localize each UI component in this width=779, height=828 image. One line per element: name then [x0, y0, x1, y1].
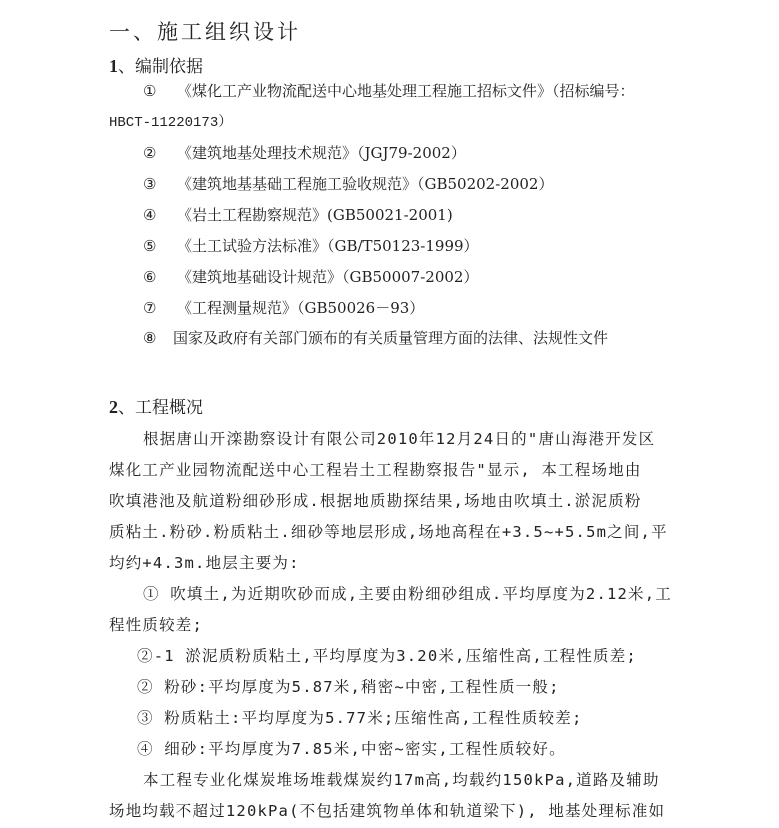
paragraph-line: 根据唐山开滦勘察设计有限公司2010年12月24日的"唐山海港开发区 [143, 427, 655, 449]
section-title: 、编制依据 [118, 57, 203, 77]
reference-item-8: ⑧国家及政府有关部门颁布的有关质量管理方面的法律、法规性文件 [143, 327, 608, 348]
item-marker: ⑥ [143, 268, 177, 286]
reference-text: 《建筑地基础设计规范》（GB50007-2002） [177, 268, 478, 286]
item-marker: ⑤ [143, 237, 177, 255]
section-number: 2 [109, 397, 118, 417]
stratum-item-continued: 程性质较差; [109, 613, 203, 635]
reference-text: 《土工试验方法标准》（GB/T50123-1999） [177, 237, 479, 255]
reference-text: 《工程测量规范》（GB50026－93） [177, 299, 424, 317]
section-heading-basis: 1、编制依据 [109, 52, 203, 77]
reference-item-3: ③《建筑地基基础工程施工验收规范》（GB50202-2002） [143, 173, 553, 194]
reference-text: 《岩土工程勘察规范》(GB50021-2001) [177, 206, 453, 224]
item-marker: ④ [143, 206, 177, 224]
paragraph-line: 场地均载不超过120kPa(不包括建筑物单体和轨道梁下), 地基处理标准如 [109, 799, 665, 821]
reference-item-7: ⑦《工程测量规范》（GB50026－93） [143, 297, 424, 318]
chapter-title: 一、施工组织设计 [109, 16, 301, 46]
reference-item-6: ⑥《建筑地基础设计规范》（GB50007-2002） [143, 266, 478, 287]
reference-item-1: ①《煤化工产业物流配送中心地基处理工程施工招标文件》（招标编号： [143, 80, 635, 101]
stratum-item: ③ 粉质粘土:平均厚度为5.77米;压缩性高,工程性质较差; [137, 706, 583, 728]
reference-text: 国家及政府有关部门颁布的有关质量管理方面的法律、法规性文件 [173, 329, 608, 347]
reference-item-2: ②《建筑地基处理技术规范》（JGJ79-2002） [143, 142, 466, 163]
reference-item-5: ⑤《土工试验方法标准》（GB/T50123-1999） [143, 235, 479, 256]
reference-item-4: ④《岩土工程勘察规范》(GB50021-2001) [143, 204, 453, 225]
document-page: 一、施工组织设计 1、编制依据 ①《煤化工产业物流配送中心地基处理工程施工招标文… [0, 0, 779, 828]
reference-text: 《煤化工产业物流配送中心地基处理工程施工招标文件》（招标编号： [177, 82, 635, 100]
paragraph-line: 质粘土.粉砂.粉质粘土.细砂等地层形成,场地高程在+3.5~+5.5m之间,平 [109, 520, 668, 542]
stratum-item: ②-1 淤泥质粉质粘土,平均厚度为3.20米,压缩性高,工程性质差; [137, 644, 637, 666]
stratum-item: ④ 细砂:平均厚度为7.85米,中密~密实,工程性质较好。 [137, 737, 566, 759]
item-marker: ⑧ [143, 329, 173, 347]
reference-item-1-continued: HBCT-11220173） [109, 111, 232, 131]
section-heading-overview: 2、工程概况 [109, 393, 203, 418]
paragraph-line: 吹填港池及航道粉细砂形成.根据地质勘探结果,场地由吹填土.淤泥质粉 [109, 489, 642, 511]
section-number: 1 [109, 56, 118, 76]
reference-text: 《建筑地基基础工程施工验收规范》（GB50202-2002） [177, 175, 553, 193]
paragraph-line: 均约+4.3m.地层主要为: [109, 551, 300, 573]
stratum-item: ② 粉砂:平均厚度为5.87米,稍密~中密,工程性质一般; [137, 675, 560, 697]
stratum-item: ① 吹填土,为近期吹砂而成,主要由粉细砂组成.平均厚度为2.12米,工 [143, 582, 672, 604]
paragraph-line: 煤化工产业园物流配送中心工程岩土工程勘察报告"显示, 本工程场地由 [109, 458, 642, 480]
item-marker: ③ [143, 175, 177, 193]
paragraph-line: 本工程专业化煤炭堆场堆载煤炭约17m高,均载约150kPa,道路及辅助 [143, 768, 660, 790]
item-marker: ② [143, 144, 177, 162]
section-title: 、工程概况 [118, 398, 203, 418]
reference-text: 《建筑地基处理技术规范》（JGJ79-2002） [177, 144, 466, 162]
item-marker: ① [143, 82, 177, 100]
item-marker: ⑦ [143, 299, 177, 317]
